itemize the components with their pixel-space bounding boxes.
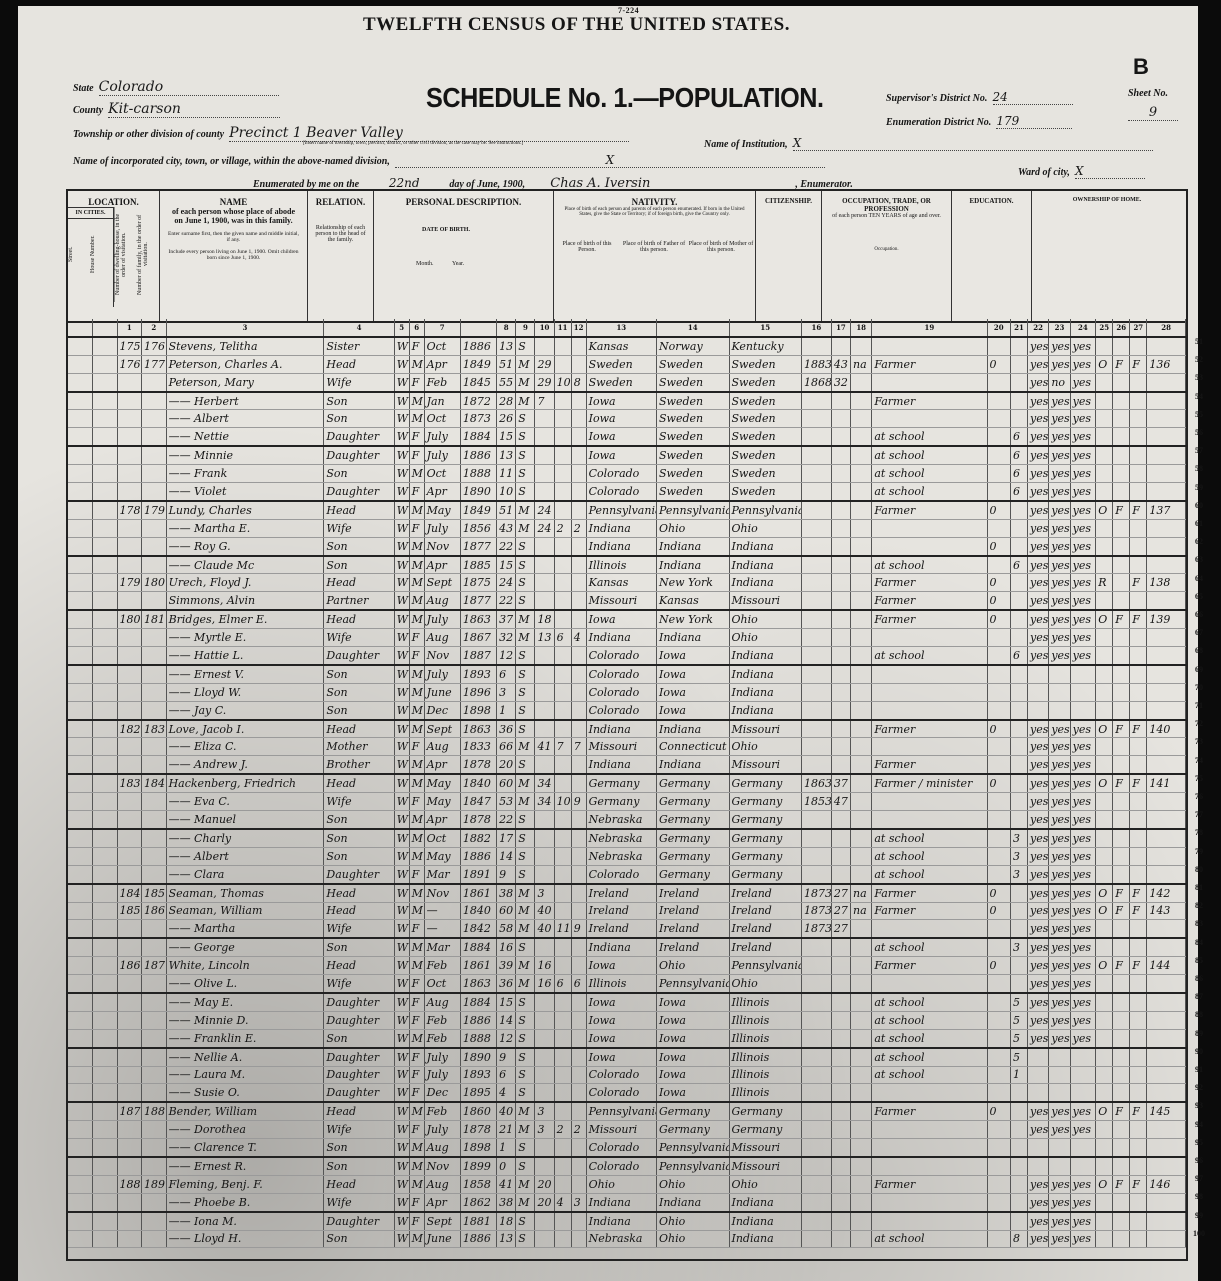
cell-nat [851, 683, 872, 701]
cell-own [1096, 1230, 1113, 1248]
cell-house [93, 574, 118, 592]
cell-name: —— Albert [166, 410, 324, 428]
cell-pobf: Indiana [657, 556, 730, 574]
cell-house [93, 1029, 118, 1047]
cell-name: —— Clara [166, 865, 324, 883]
line-number: 96 [1186, 1156, 1212, 1165]
cell-mother [554, 428, 571, 446]
cell-farm [1130, 1139, 1147, 1157]
cell-year: 1863 [460, 975, 496, 993]
cell-mother [554, 1157, 571, 1175]
cell-nat [851, 1066, 872, 1084]
cell-ym [535, 701, 554, 719]
cell-sched: 146 [1147, 1175, 1186, 1193]
cell-speak: yes [1070, 1121, 1096, 1139]
cell-age: 58 [497, 920, 516, 938]
cell-write [1049, 1066, 1070, 1084]
header-nativity-label: NATIVITY. [554, 191, 755, 207]
cell-imm [802, 501, 832, 519]
cell-occ [872, 811, 987, 829]
cell-pob: Iowa [586, 957, 656, 975]
cell-street [68, 519, 93, 537]
cell-mort [1113, 993, 1130, 1011]
cell-pobf: Ohio [657, 957, 730, 975]
cell-mother: 10 [554, 793, 571, 811]
cell-school [1010, 701, 1027, 719]
cell-month: Dec [424, 701, 460, 719]
cell-speak: yes [1070, 1193, 1096, 1211]
cell-pobm: Sweden [729, 392, 802, 410]
cell-imm [802, 556, 832, 574]
cell-sex: M [409, 574, 424, 592]
cell-speak: yes [1070, 1175, 1096, 1193]
cell-dwelling [117, 428, 142, 446]
cell-pobf: Norway [657, 337, 730, 355]
cell-school: 6 [1010, 647, 1027, 665]
cell-own [1096, 592, 1113, 610]
cell-speak: yes [1070, 610, 1096, 628]
cell-mort [1113, 483, 1130, 501]
cell-sex: M [409, 501, 424, 519]
cell-street [68, 1084, 93, 1102]
cell-farm: F [1130, 884, 1147, 902]
cell-pobf: Ireland [657, 938, 730, 956]
cell-ym [535, 574, 554, 592]
column-number: 25 [1096, 319, 1113, 337]
cell-school [1010, 665, 1027, 683]
cell-ym [535, 337, 554, 355]
header-nativity: NATIVITY. Place of birth of each person … [554, 191, 756, 321]
cell-ym [535, 1139, 554, 1157]
cell-yrs: 27 [831, 902, 850, 920]
cell-mother: 4 [554, 1193, 571, 1211]
cell-sched: 144 [1147, 957, 1186, 975]
header-education-label: EDUCATION. [952, 191, 1031, 205]
cell-own [1096, 847, 1113, 865]
cell-occ: at school [872, 865, 987, 883]
cell-month: May [424, 501, 460, 519]
cell-yrs [831, 537, 850, 555]
cell-sex: F [409, 1048, 424, 1066]
cell-mort: F [1113, 355, 1130, 373]
header-name-desc: of each person whose place of abode on J… [168, 207, 299, 225]
cell-own [1096, 465, 1113, 483]
cell-ym [535, 1084, 554, 1102]
cell-nat [851, 1157, 872, 1175]
cell-house [93, 902, 118, 920]
cell-ym [535, 483, 554, 501]
cell-relation: Wife [324, 793, 394, 811]
cell-month: Feb [424, 1102, 460, 1120]
cell-year: 1882 [460, 829, 496, 847]
cell-farm [1130, 465, 1147, 483]
cell-farm [1130, 337, 1147, 355]
cell-dwelling [117, 1193, 142, 1211]
column-number: 28 [1147, 319, 1186, 337]
header-name-instr2: Include every person living on June 1, 1… [168, 249, 299, 261]
cell-occ: at school [872, 1230, 987, 1248]
cell-year: 1875 [460, 574, 496, 592]
cell-pob: Missouri [586, 738, 656, 756]
cell-own: O [1096, 957, 1113, 975]
table-row: —— AlbertSonWMOct187326SIowaSwedenSweden… [68, 410, 1186, 428]
cell-mort [1113, 556, 1130, 574]
cell-relation: Son [324, 1230, 394, 1248]
cell-marital: M [516, 774, 535, 792]
cell-read: yes [1028, 373, 1049, 391]
cell-pob: Iowa [586, 428, 656, 446]
cell-farm: F [1130, 957, 1147, 975]
cell-imm [802, 537, 832, 555]
cell-sched [1147, 519, 1186, 537]
cell-mother [554, 665, 571, 683]
cell-write: yes [1049, 501, 1070, 519]
cell-street [68, 1102, 93, 1120]
cell-dwelling: 188 [117, 1175, 142, 1193]
cell-own [1096, 811, 1113, 829]
cell-sched [1147, 556, 1186, 574]
cell-dwelling [117, 1029, 142, 1047]
cell-read: yes [1028, 957, 1049, 975]
cell-sched [1147, 975, 1186, 993]
cell-pobm: Ohio [729, 738, 802, 756]
cell-marital: S [516, 1048, 535, 1066]
cell-living [571, 537, 586, 555]
cell-mother [554, 483, 571, 501]
cell-house [93, 665, 118, 683]
cell-color: W [394, 1193, 409, 1211]
cell-color: W [394, 629, 409, 647]
cell-color: W [394, 1048, 409, 1066]
table-row: —— GeorgeSonWMMar188416SIndianaIrelandIr… [68, 938, 1186, 956]
cell-school [1010, 1175, 1027, 1193]
cell-pobf: Connecticut [657, 738, 730, 756]
cell-own [1096, 537, 1113, 555]
cell-nat [851, 519, 872, 537]
cell-yrs [831, 829, 850, 847]
cell-marital: S [516, 1066, 535, 1084]
cell-age: 28 [497, 392, 516, 410]
cell-imm [802, 1139, 832, 1157]
cell-speak: yes [1070, 865, 1096, 883]
cell-unemp [987, 975, 1010, 993]
column-number: 11 [554, 319, 571, 337]
cell-pobm: Ohio [729, 1175, 802, 1193]
cell-street [68, 1175, 93, 1193]
cell-pobm: Germany [729, 774, 802, 792]
line-number: 91 [1186, 1065, 1212, 1074]
cell-house [93, 428, 118, 446]
cell-mort [1113, 574, 1130, 592]
cell-unemp [987, 465, 1010, 483]
cell-pobf: Sweden [657, 392, 730, 410]
cell-unemp [987, 865, 1010, 883]
cell-unemp [987, 1121, 1010, 1139]
cell-relation: Daughter [324, 1066, 394, 1084]
cell-age: 10 [497, 483, 516, 501]
cell-marital: S [516, 1230, 535, 1248]
cell-ym [535, 1157, 554, 1175]
cell-pob: Colorado [586, 683, 656, 701]
cell-living [571, 1084, 586, 1102]
cell-farm [1130, 665, 1147, 683]
cell-mother [554, 592, 571, 610]
cell-dwelling [117, 1121, 142, 1139]
cell-nat [851, 1230, 872, 1248]
cell-school [1010, 1139, 1027, 1157]
cell-own [1096, 756, 1113, 774]
cell-speak: yes [1070, 1011, 1096, 1029]
cell-month: Feb [424, 1029, 460, 1047]
cell-name: —— Lloyd W. [166, 683, 324, 701]
cell-sex: M [409, 1230, 424, 1248]
cell-year: 1885 [460, 556, 496, 574]
cell-living [571, 701, 586, 719]
cell-mort: F [1113, 1102, 1130, 1120]
cell-own [1096, 392, 1113, 410]
cell-speak: yes [1070, 592, 1096, 610]
cell-write: yes [1049, 756, 1070, 774]
cell-relation: Head [324, 355, 394, 373]
cell-house [93, 720, 118, 738]
township-label: Township or other division of county [73, 129, 224, 140]
cell-sched [1147, 1066, 1186, 1084]
cell-school: 5 [1010, 1029, 1027, 1047]
table-row: —— HerbertSonWMJan187228M7IowaSwedenSwed… [68, 392, 1186, 410]
line-number: 97 [1186, 1174, 1212, 1183]
cell-dwelling [117, 793, 142, 811]
cell-read [1028, 1066, 1049, 1084]
cell-mort: F [1113, 720, 1130, 738]
cell-pobm: Illinois [729, 1084, 802, 1102]
cell-ym [535, 556, 554, 574]
cell-dwelling [117, 392, 142, 410]
cell-dwelling: 187 [117, 1102, 142, 1120]
cell-sched [1147, 847, 1186, 865]
cell-occ: Farmer [872, 610, 987, 628]
cell-school [1010, 884, 1027, 902]
cell-read: yes [1028, 428, 1049, 446]
sheet-no-field: Sheet No. 9 [1128, 88, 1178, 121]
cell-street [68, 592, 93, 610]
cell-occ [872, 1212, 987, 1230]
cell-color: W [394, 519, 409, 537]
cell-speak: yes [1070, 1230, 1096, 1248]
cell-color: W [394, 774, 409, 792]
cell-month: Aug [424, 592, 460, 610]
cell-marital: S [516, 556, 535, 574]
cell-read: yes [1028, 537, 1049, 555]
cell-mother [554, 847, 571, 865]
cell-unemp [987, 993, 1010, 1011]
institution-label: Name of Institution, [704, 139, 788, 150]
cell-mother [554, 683, 571, 701]
township-field: Township or other division of county Pre… [73, 122, 629, 142]
cell-pobf: Ohio [657, 1230, 730, 1248]
cell-name: Seaman, Thomas [166, 884, 324, 902]
cell-family [142, 865, 167, 883]
cell-mort [1113, 1066, 1130, 1084]
cell-month: Mar [424, 938, 460, 956]
cell-living [571, 483, 586, 501]
cell-yrs [831, 1011, 850, 1029]
cell-sex: F [409, 629, 424, 647]
cell-family [142, 756, 167, 774]
cell-age: 36 [497, 720, 516, 738]
cell-pobf: Kansas [657, 592, 730, 610]
cell-speak: yes [1070, 483, 1096, 501]
header-street: Street. [68, 219, 90, 289]
cell-pob: Sweden [586, 373, 656, 391]
cell-year: 1856 [460, 519, 496, 537]
cell-month: Oct [424, 829, 460, 847]
cell-street [68, 665, 93, 683]
cell-unemp [987, 683, 1010, 701]
cell-pobf: Sweden [657, 373, 730, 391]
cell-yrs [831, 410, 850, 428]
line-number: 56 [1186, 428, 1212, 437]
cell-pobf: Iowa [657, 647, 730, 665]
cell-month: Feb [424, 957, 460, 975]
cell-write: no [1049, 373, 1070, 391]
cell-ym [535, 847, 554, 865]
table-row: —— ManuelSonWMApr187822SNebraskaGermanyG… [68, 811, 1186, 829]
cell-speak: yes [1070, 337, 1096, 355]
cell-living [571, 774, 586, 792]
cell-speak [1070, 683, 1096, 701]
cell-occ: Farmer [872, 1102, 987, 1120]
cell-unemp [987, 373, 1010, 391]
cell-farm [1130, 738, 1147, 756]
cell-marital: S [516, 1029, 535, 1047]
cell-pobm: Germany [729, 1121, 802, 1139]
cell-pobf: Iowa [657, 1066, 730, 1084]
line-number: 81 [1186, 883, 1212, 892]
line-number: 83 [1186, 919, 1212, 928]
cell-color: W [394, 793, 409, 811]
cell-family [142, 537, 167, 555]
cell-write [1049, 1157, 1070, 1175]
cell-school: 1 [1010, 1066, 1027, 1084]
cell-living [571, 1139, 586, 1157]
cell-marital: M [516, 957, 535, 975]
cell-year: 1893 [460, 665, 496, 683]
cell-imm [802, 592, 832, 610]
cell-sex: M [409, 1139, 424, 1157]
cell-ym: 29 [535, 355, 554, 373]
cell-nat [851, 1048, 872, 1066]
cell-month: Feb [424, 373, 460, 391]
cell-pobf: New York [657, 574, 730, 592]
cell-name: —— Martha E. [166, 519, 324, 537]
cell-read: yes [1028, 920, 1049, 938]
cell-living [571, 902, 586, 920]
cell-pob: Iowa [586, 1011, 656, 1029]
cell-sched: 141 [1147, 774, 1186, 792]
cell-imm [802, 1193, 832, 1211]
cell-occ: at school [872, 829, 987, 847]
cell-sched: 137 [1147, 501, 1186, 519]
cell-own: O [1096, 355, 1113, 373]
cell-read: yes [1028, 1193, 1049, 1211]
cell-pob: Missouri [586, 592, 656, 610]
cell-pobm: Indiana [729, 1212, 802, 1230]
cell-color: W [394, 957, 409, 975]
cell-family [142, 392, 167, 410]
cell-yrs [831, 1121, 850, 1139]
cell-imm [802, 1212, 832, 1230]
cell-unemp: 0 [987, 592, 1010, 610]
cell-speak: yes [1070, 465, 1096, 483]
cell-living [571, 1011, 586, 1029]
cell-relation: Head [324, 610, 394, 628]
cell-yrs [831, 337, 850, 355]
cell-yrs: 37 [831, 774, 850, 792]
cell-read: yes [1028, 501, 1049, 519]
cell-family: 183 [142, 720, 167, 738]
cell-school: 3 [1010, 865, 1027, 883]
cell-relation: Daughter [324, 647, 394, 665]
column-number: 14 [657, 319, 730, 337]
cell-own [1096, 373, 1113, 391]
cell-month: Oct [424, 410, 460, 428]
cell-marital: S [516, 592, 535, 610]
cell-sex: F [409, 738, 424, 756]
cell-school [1010, 574, 1027, 592]
cell-sex: M [409, 556, 424, 574]
cell-unemp: 0 [987, 1102, 1010, 1120]
cell-pobm: Missouri [729, 1157, 802, 1175]
cell-sched [1147, 410, 1186, 428]
cell-house [93, 465, 118, 483]
cell-ym: 34 [535, 774, 554, 792]
cell-living [571, 756, 586, 774]
cell-ym: 24 [535, 519, 554, 537]
cell-yrs [831, 975, 850, 993]
cell-write: yes [1049, 556, 1070, 574]
cell-school [1010, 519, 1027, 537]
cell-ym: 7 [535, 392, 554, 410]
cell-mother [554, 701, 571, 719]
cell-dwelling [117, 1139, 142, 1157]
cell-imm [802, 1102, 832, 1120]
cell-house [93, 1230, 118, 1248]
cell-farm [1130, 428, 1147, 446]
cell-speak: yes [1070, 556, 1096, 574]
cell-pob: Indiana [586, 629, 656, 647]
cell-school [1010, 811, 1027, 829]
cell-occ: Farmer [872, 902, 987, 920]
ward-field: Ward of city, X [1018, 160, 1145, 179]
cell-own [1096, 738, 1113, 756]
cell-yrs [831, 957, 850, 975]
cell-unemp: 0 [987, 774, 1010, 792]
cell-nat [851, 392, 872, 410]
cell-color: W [394, 465, 409, 483]
cell-relation: Daughter [324, 428, 394, 446]
cell-year: 1899 [460, 1157, 496, 1175]
cell-year: 1884 [460, 428, 496, 446]
cell-marital: M [516, 392, 535, 410]
cell-sex: F [409, 647, 424, 665]
cell-living: 7 [571, 738, 586, 756]
cell-school: 6 [1010, 446, 1027, 464]
cell-name: —— Ernest V. [166, 665, 324, 683]
cell-family [142, 1230, 167, 1248]
line-number: 86 [1186, 974, 1212, 983]
cell-color: W [394, 938, 409, 956]
cell-sex: M [409, 392, 424, 410]
